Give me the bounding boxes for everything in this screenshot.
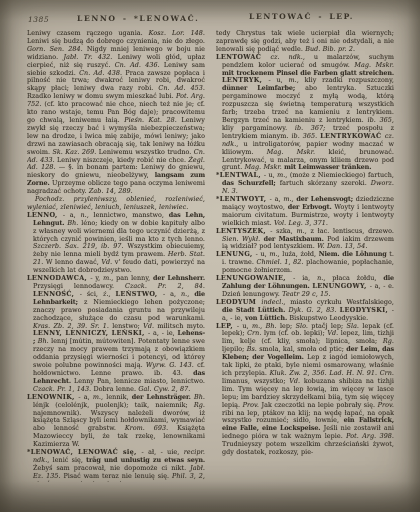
text-run: Kluk. Zw. 2, 356. Lad. H. N. 91. [270, 369, 380, 377]
text-run: LENNOŚĆ, [33, 290, 80, 298]
text-run: Pisać wam teraz nie lenuię się. [63, 472, 172, 480]
text-run: lennictwo, manstwo, [94, 211, 169, 219]
text-run: Jabł. Tr. 432. [64, 53, 118, 61]
text-run: Cn. Ad. 436. [115, 61, 164, 69]
text-run: Teatr 29 c, 15. [282, 290, 330, 298]
text-paragraph: Leniwy czasem rączego ugania. Kosz. Lor.… [27, 30, 205, 196]
text-run: LENNODAWCA, [27, 274, 90, 282]
running-head-row: 1385 LENNO - *LENOWAĆ. LENTOWAĆ - LEP. [27, 12, 395, 25]
dictionary-entry-paragraph: LENNODAWCA, - y, m., pan lenny, der Lehn… [27, 275, 205, 394]
dictionary-entry-paragraph: LENOWNIK, - a, m., lennik, der Lehnsträg… [27, 394, 205, 449]
text-run: Czack. Pr. 1, 143. [33, 385, 93, 393]
text-run: *LENTWOYT, [216, 195, 270, 203]
running-head-left: LENNO - *LENOWAĆ. [77, 14, 199, 23]
dictionary-entry-paragraph: LEP, - u, m., Bh. lep; Slo. ptačj lep; S… [216, 323, 394, 457]
text-run: limanus, wszystko; [222, 377, 289, 385]
dictionary-entry-paragraph: *LENOWAĆ, LENOWAĆ się, - ał, - uie, reci… [27, 449, 205, 482]
text-run: Leniwi się budzą do dobrego czynienia, n… [27, 37, 205, 45]
text-run: ib. 365. [291, 132, 320, 140]
text-run: Lenny Pan, lennicze miasto, lennictwo. [74, 377, 205, 385]
text-paragraph: tedy Chrystus tak wiele ucierpiał dla wi… [216, 30, 394, 54]
dictionary-entry-paragraph: LENUNG, - u, m., luźa, żołd, Niem. die L… [216, 251, 394, 275]
text-run: pisać wam mnie nie mierziono. [33, 480, 136, 482]
text-run: - ia, [293, 274, 317, 282]
text-run: Czack. Pr. 2, 84. [125, 282, 205, 290]
text-run: die Stadt Lüttich. [222, 306, 288, 314]
text-run: Pochodz. przyleniwszy, oblenieć, rozleni… [27, 195, 205, 211]
text-run: Żebyś sam pracował, nie dopomoże ci nikt… [33, 464, 190, 472]
text-run: Zab. 14, 289. [89, 187, 133, 195]
text-run: miasto cyrkułu Westfalskiego, [290, 298, 394, 306]
dictionary-entry-paragraph: LEODYUM indecl., miasto cyrkułu Westfals… [216, 299, 394, 323]
text-run: Rg. [194, 401, 205, 409]
text-run: n., [181, 290, 194, 298]
text-run: Sk. Kaz. 269. [52, 148, 98, 156]
dictionary-entry-paragraph: LENNO, - a, n., lennictwo, manstwo, das … [27, 212, 205, 275]
text-run: der Lehnsträger. [132, 393, 194, 401]
text-run: Biskupstwo Leodyyskie. [289, 314, 368, 322]
text-run: lennik, [106, 393, 132, 401]
text-run: LENOWNIK, [27, 393, 78, 401]
text-run: indecl., [261, 298, 290, 306]
text-run: z łac. lentiscus, drzewo. [310, 227, 394, 235]
text-run: Trudnieyszy potem wszelkim chrześciański… [222, 440, 394, 456]
text-run: träg und unlustig zu etwas seyn. [86, 456, 205, 464]
text-run: lénjk (celolénjk, puolenjk); taik, naiem… [33, 401, 194, 409]
text-paragraph: Pochodz. przyleniwszy, oblenieć, rozleni… [27, 196, 205, 212]
text-run: Mag. Mskr. [354, 61, 394, 69]
text-run: ż., [103, 290, 116, 298]
text-run: Crn. [380, 369, 394, 377]
text-run: - y, [90, 274, 103, 282]
text-run: lenić się, [53, 456, 87, 464]
scanned-dictionary-page: 1385 LENNO - *LENOWAĆ. LENTOWAĆ - LEP. L… [0, 0, 420, 512]
text-run: Bud. Bib. pr. 2. [305, 45, 355, 53]
text-run: kliy pargaminowy. [222, 124, 295, 132]
text-run: Prov. [378, 401, 394, 409]
running-head-right: LENTOWAĆ - LEP. [249, 12, 354, 21]
dictionary-entry-paragraph: LENTYSZEK, - szka, m., z łac. lentiscus,… [216, 228, 394, 252]
text-run: n., [317, 274, 332, 282]
text-run: Wyrw. G. 143. [146, 361, 197, 369]
text-run: Jak czeczotki na lepie pobrały się. [261, 401, 377, 409]
text-run: der Lehnsherr. [153, 274, 205, 282]
text-run: Gorn. Sen. 284. [27, 45, 87, 53]
text-run: - a, [78, 393, 92, 401]
text-run: Leniwemu wszystko trudno. [99, 148, 194, 156]
text-run: der Lehensvogt; [296, 195, 355, 203]
text-run: der Erbvogt. [288, 203, 335, 211]
text-run: - ści, [80, 290, 103, 298]
text-run: - a, [63, 211, 81, 219]
text-run: Mag. Mskr. [267, 148, 329, 156]
text-run: m., [283, 195, 296, 203]
dictionary-entry-paragraph: LENUNGOWANIE, - ia, n., płaca żołdu, die… [216, 275, 394, 299]
text-run: LEODYYSKI, [340, 306, 392, 314]
text-run: LENUNGOWANIE, [216, 274, 293, 282]
page-sheet: 1385 LENNO - *LENOWAĆ. LENTOWAĆ - LEP. L… [27, 12, 395, 482]
text-run: Gal. Cyw. 2, 87. [138, 385, 190, 393]
text-run: Dyk. G. 2, 83. [288, 306, 339, 314]
text-run: n., [80, 211, 93, 219]
text-run: ib. 367; [295, 124, 333, 132]
text-columns: Leniwy czasem rączego ugania. Kosz. Lor.… [27, 30, 395, 482]
text-run: Pieśn. Kat. 28. [124, 116, 181, 124]
text-run: LENTYSZEK, [216, 227, 270, 235]
text-run: - ał, - uie, [142, 448, 184, 456]
text-run: ib. 365, [367, 116, 394, 124]
text-run: Dobra lenne. [93, 385, 138, 393]
text-column-right: tedy Chrystus tak wiele ucierpiał dla wi… [216, 30, 394, 482]
text-run: fartuch skórzany szeroki. [280, 179, 371, 187]
text-run: - a, [163, 290, 181, 298]
dictionary-entry-paragraph: LENTOWAĆ cz. ndk., u malarzów, suchym pe… [216, 54, 394, 173]
text-run: m., [296, 227, 310, 235]
text-run: *LENOWAĆ, LENOWAĆ się, [27, 448, 142, 456]
text-run: płaca żołdu, [332, 274, 383, 282]
text-run: - szka, [270, 227, 296, 235]
text-run: cz. ndk., [271, 53, 314, 61]
text-run: m., [93, 393, 106, 401]
text-run: LENTOWAĆ [216, 53, 271, 61]
text-run: Prov. [243, 401, 262, 409]
text-run: LENNO, [27, 211, 63, 219]
text-run: Bh. [194, 393, 205, 401]
text-run: Vd. [289, 377, 304, 385]
text-run: LEODYUM [216, 298, 261, 306]
text-run: Phil. 3, 2, [172, 472, 205, 480]
text-run: pan lenny, [116, 274, 153, 282]
text-run: Bh. [67, 219, 81, 227]
dictionary-entry-paragraph: *LENTWAL, - u, m., (może z Niemieckiego)… [216, 172, 394, 196]
text-run: LEŃSTWO, [116, 290, 163, 298]
text-run: Przysięgi lennodawcy. [33, 282, 125, 290]
page-number: 1385 [28, 15, 49, 24]
text-run: Vol. Leg. 3, 371. [274, 219, 328, 227]
text-run: das Schurzfell; [222, 179, 280, 187]
text-run: LENUNGOWY, [312, 282, 369, 290]
text-run: m., [103, 274, 116, 282]
text-run: LENTRYKOWAĆ [320, 132, 385, 140]
text-column-left: Leniwy czasem rączego ugania. Kosz. Lor.… [27, 30, 205, 482]
text-run: von Lüttich. [245, 314, 289, 322]
text-run: - a, [270, 195, 284, 203]
dictionary-entry-paragraph: *LENTWOYT, - a, m., der Lehensvogt; dzie… [216, 196, 394, 228]
